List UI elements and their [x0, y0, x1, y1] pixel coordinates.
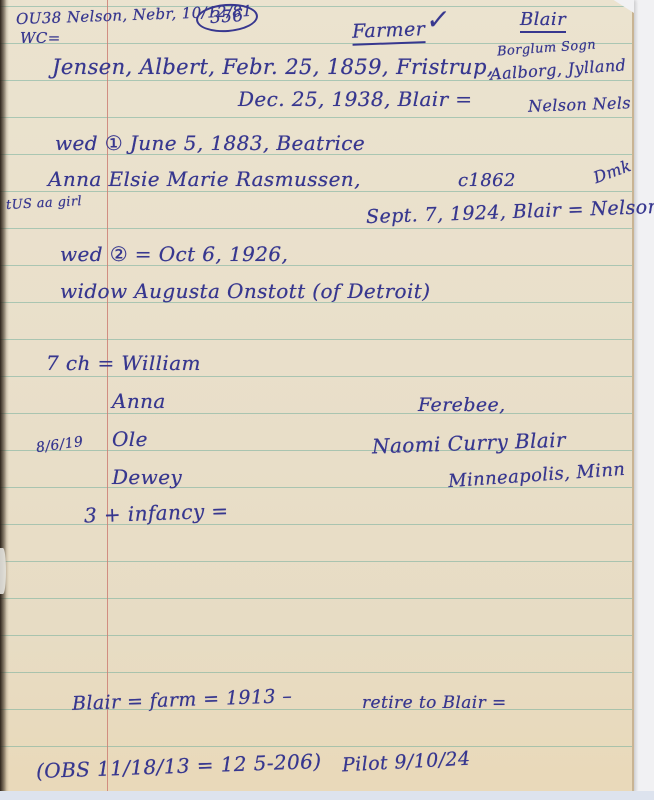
wc-note: WC= [20, 31, 61, 46]
marriage1-line: wed ① June 5, 1883, Beatrice [55, 133, 365, 153]
red-margin-line [107, 0, 108, 791]
check-mark: ✓ [425, 6, 452, 34]
occupation-note: Farmer✓ [352, 12, 451, 42]
retire-note: retire to Blair = [362, 695, 507, 712]
informant-name: Nelson Nels [528, 95, 632, 115]
scanner-bottom-strip [0, 791, 654, 800]
page-corner-notch [612, 0, 634, 13]
notebook-page: OU38 Nelson, Nebr, 10/12/81 356 Farmer✓ … [0, 0, 634, 793]
child-ole: Ole [112, 429, 148, 449]
spouse1-birth-year: c1862 [458, 172, 516, 190]
occupation-label: Farmer [352, 18, 426, 46]
infancy-note: 3 + infancy = [84, 500, 229, 525]
page-left-edge-shadow [0, 0, 9, 791]
spouse2-name-line: widow Augusta Onstott (of Detroit) [60, 281, 430, 301]
card-number: 356 [209, 6, 244, 28]
marriage2-line: wed ② = Oct 6, 1926, [60, 244, 288, 264]
subject-name-line: Jensen, Albert, Febr. 25, 1859, Fristrup… [52, 57, 494, 78]
page-edge-tear [0, 548, 6, 594]
scanned-document: OU38 Nelson, Nebr, 10/12/81 356 Farmer✓ … [0, 0, 654, 800]
card-number-circled: 356 [196, 4, 258, 32]
child-anna: Anna [112, 391, 166, 411]
child-dewey: Dewey [112, 467, 182, 487]
spouse1-name: Anna Elsie Marie Rasmussen, [48, 169, 361, 189]
immigration-margin-note: tUS aa girl [6, 195, 83, 212]
child-ole-spouse: Naomi Curry Blair [372, 430, 567, 457]
town-label: Blair [520, 11, 566, 29]
ruled-lines [0, 0, 632, 791]
children-heading: 7 ch = William [46, 353, 201, 373]
subject-death-line: Dec. 25, 1938, Blair = [238, 89, 472, 109]
child-anna-spouse: Ferebee, [418, 396, 506, 415]
